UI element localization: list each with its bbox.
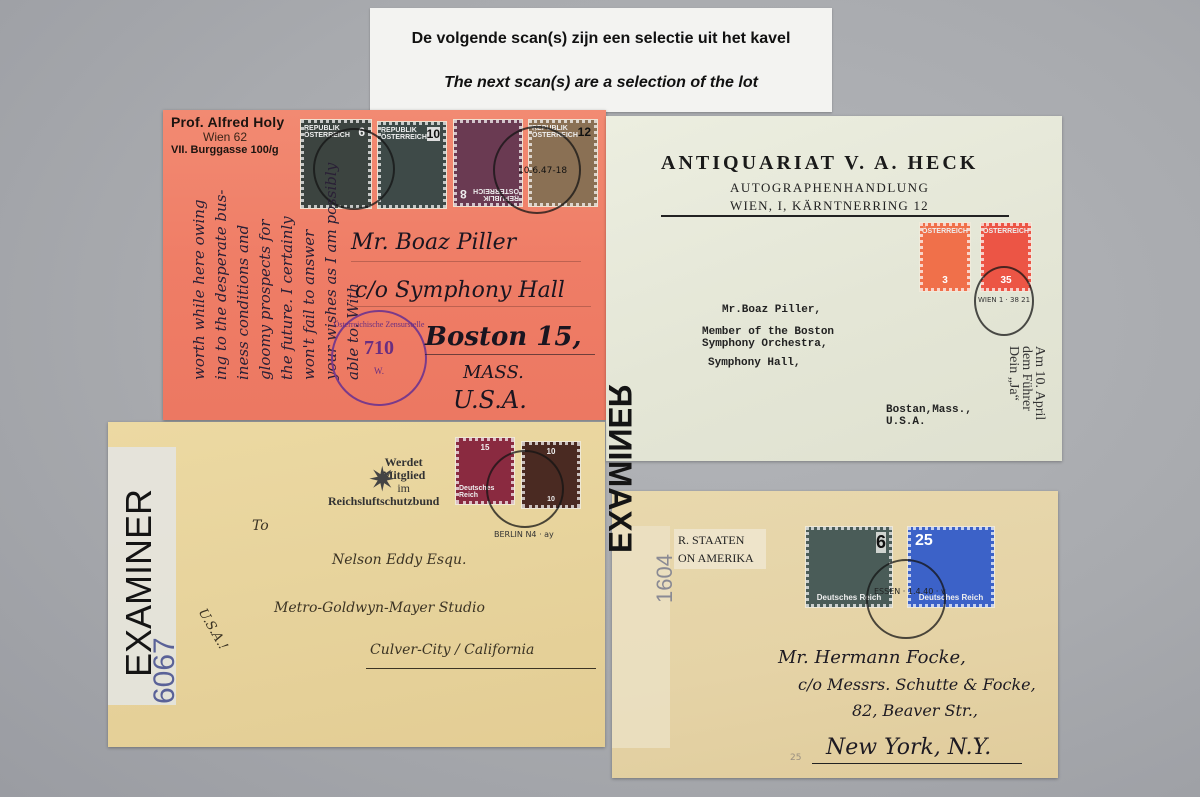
notice-dutch-text: De volgende scan(s) zijn een selectie ui… — [370, 30, 832, 48]
postmark-circle — [866, 559, 946, 639]
envelope-antiquariat-heck: ANTIQUARIAT V. A. HECK AUTOGRAPHENHANDLU… — [606, 116, 1062, 461]
postcard-address-state: MASS. — [463, 362, 524, 383]
machine-slogan: Am 10. April dem Führer Dein „Ja“ — [1007, 346, 1046, 420]
rlb-star-icon: ✷ — [368, 460, 397, 500]
company-address: WIEN, I, KÄRNTNERRING 12 — [730, 198, 929, 214]
address-name: Nelson Eddy Esqu. — [332, 552, 466, 568]
pencil-note: 25 — [790, 753, 801, 763]
recipient-city: Bostan,Mass., — [886, 404, 972, 416]
postcard-address-careof: c/o Symphony Hall — [355, 278, 565, 303]
address-city: New York, N.Y. — [826, 735, 991, 760]
postmark-date: 10.6.47-18 — [518, 166, 567, 176]
postcard-address-city: Boston 15, — [425, 322, 582, 352]
postcard-address-country: U.S.A. — [453, 386, 527, 414]
postcard-address-name: Mr. Boaz Piller — [351, 230, 516, 255]
recipient-line: Member of the Boston — [702, 326, 834, 338]
censor-number: 6067 — [148, 637, 182, 704]
recipient-line: Symphony Orchestra, — [702, 338, 827, 350]
address-to: To — [252, 518, 269, 534]
postmark-text: ESSEN · 1.4.40 · v — [874, 587, 946, 596]
stamp-austria-3: ÖSTERREICH3 — [920, 223, 970, 291]
postmark-text: BERLIN N4 · ay — [494, 530, 554, 539]
address-studio: Metro-Goldwyn-Mayer Studio — [274, 600, 485, 616]
envelope-examiner-6067: EXAMINER 6067 Werdet Mitglied im Reichsl… — [108, 422, 605, 747]
company-subtitle: AUTOGRAPHENHANDLUNG — [730, 180, 929, 196]
recipient-name: Mr.Boaz Piller, — [722, 304, 821, 316]
censor-label: EXAMINER — [601, 384, 638, 553]
postcard-side-message: worth while here owing ing to the desper… — [188, 110, 288, 380]
country-note: U.S.A.! — [195, 606, 231, 653]
country-label: R. STAATEN ON AMERIKA — [674, 529, 766, 569]
postcard-holy: Prof. Alfred Holy Wien 62 VII. Burggasse… — [163, 110, 606, 420]
company-name: ANTIQUARIAT V. A. HECK — [661, 152, 978, 175]
notice-english-text: The next scan(s) are a selection of the … — [370, 74, 832, 92]
postmark-circle — [486, 450, 564, 528]
lot-notice-card: De volgende scan(s) zijn een selectie ui… — [370, 8, 832, 112]
envelope-focke: EXAMINER 1604 R. STAATEN ON AMERIKA 6Deu… — [612, 491, 1058, 778]
address-city: Culver-City / California — [370, 642, 534, 658]
address-careof: c/o Messrs. Schutte & Focke, — [798, 675, 1036, 694]
recipient-country: U.S.A. — [886, 416, 926, 428]
address-name: Mr. Hermann Focke, — [778, 647, 966, 668]
censor-stamp-710: Österreichische Zensurstelle 710 W. — [331, 310, 427, 406]
address-street: 82, Beaver Str., — [852, 701, 978, 720]
letterhead-rule — [661, 215, 1009, 217]
recipient-line: Symphony Hall, — [708, 357, 800, 369]
postmark-text: WIEN 1 · 38 21 — [978, 296, 1030, 304]
